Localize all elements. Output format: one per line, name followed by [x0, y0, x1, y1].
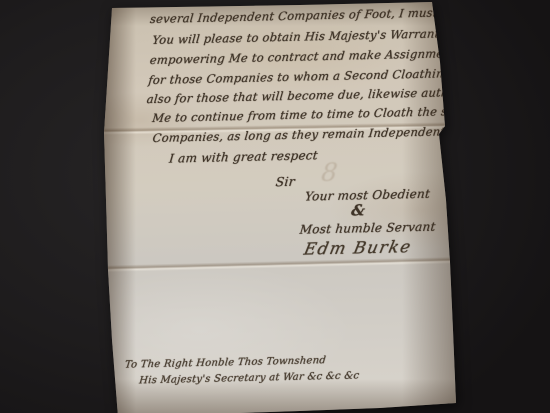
letter-body-line: I am with great respect	[168, 148, 318, 165]
letter-body-line: also for those that will become due, lik…	[146, 84, 492, 106]
letter-closing-line: Most humble Servant	[299, 220, 436, 237]
letter-salutation: Sir	[275, 174, 296, 189]
signature: Edm Burke	[302, 237, 413, 259]
handwriting-layer: several Independent Companies of Foot, I…	[0, 0, 550, 413]
letter-body-line: You will please to obtain His Majesty's …	[152, 26, 456, 47]
paper-wrapper: several Independent Companies of Foot, I…	[0, 0, 550, 413]
ink-bleedthrough-mark: 8	[320, 158, 339, 187]
ampersand-mark: &	[350, 201, 366, 219]
letter-body-line: Companies, as long as they remain Indepe…	[152, 124, 450, 145]
letter-closing-line: Your most Obedient	[304, 187, 430, 204]
letter-paper: several Independent Companies of Foot, I…	[0, 0, 550, 413]
letter-body-line: Me to continue from time to time to Cloa…	[152, 104, 467, 125]
address-line: His Majesty's Secretary at War &c &c &c	[139, 370, 360, 386]
letter-body-line: for those Companies to whom a Second Clo…	[148, 65, 493, 87]
letter-body-line: several Independent Companies of Foot, I…	[149, 4, 493, 26]
photo-scene: several Independent Companies of Foot, I…	[0, 0, 550, 413]
letter-body-line: empowering Me to contract and make Assig…	[149, 46, 463, 67]
address-line: To The Right Honble Thos Townshend	[124, 355, 326, 371]
